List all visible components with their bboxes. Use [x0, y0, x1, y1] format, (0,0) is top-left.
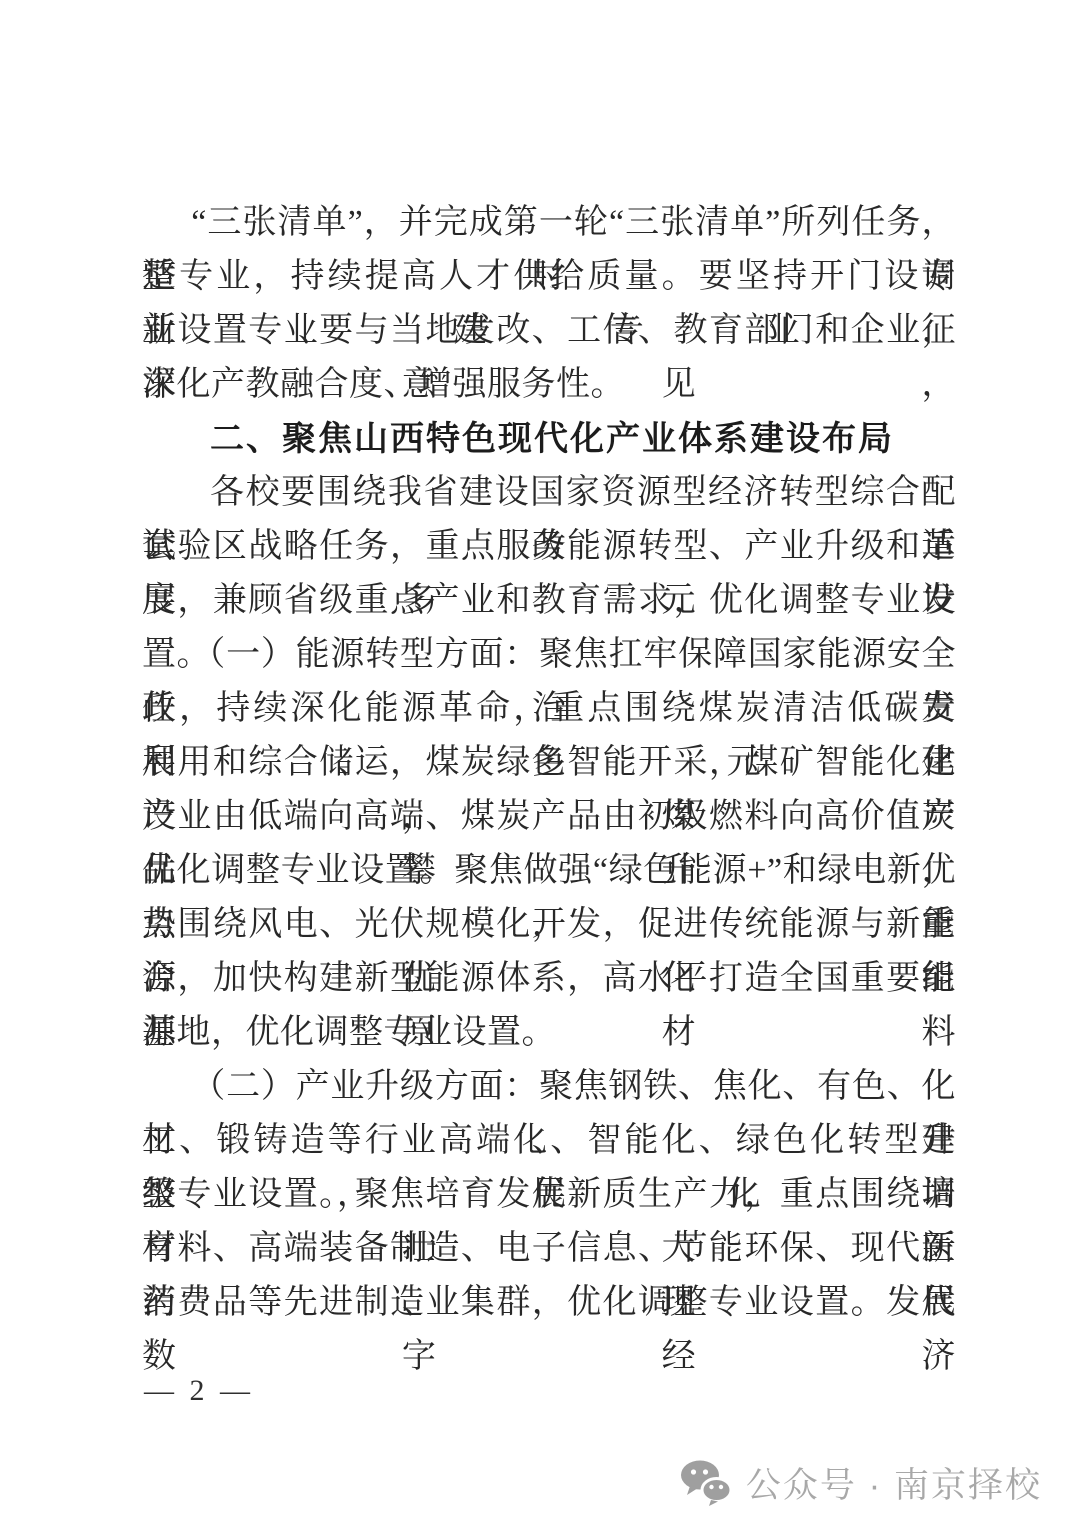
document-body: “三张清单”，并完成第一轮“三张清单”所列任务，适时调整专业，持续提高人才供给质…	[142, 196, 956, 1330]
text-line: 消费品等先进制造业集群，优化调整专业设置。发展数字经济	[142, 1276, 956, 1330]
text-line: 试验区战略任务，重点服务能源转型、产业升级和适度多元发	[142, 520, 956, 574]
text-line: 材料、高端装备制造、电子信息、节能环保、现代医药、现代	[142, 1222, 956, 1276]
text-line: （二）产业升级方面：聚焦钢铁、焦化、有色、化工、建	[142, 1060, 956, 1114]
text-line: （一）能源转型方面：聚焦扛牢保障国家能源安全政治责	[142, 628, 956, 682]
text-line: 优化调整专业设置。聚焦做强“绿色能源+”和绿电新优势，重	[142, 844, 956, 898]
text-line: 各校要围绕我省建设国家资源型经济转型综合配套改革	[142, 466, 956, 520]
text-line: 展，兼顾省级重点产业和教育需求，优化调整专业设置。	[142, 574, 956, 628]
wechat-logo-icon	[680, 1460, 732, 1506]
text-line: 新设置专业要与当地发改、工信、教育部门和企业征求意见，	[142, 304, 956, 358]
section-heading: 二、聚焦山西特色现代化产业体系建设布局	[142, 412, 956, 466]
text-line: “三张清单”，并完成第一轮“三张清单”所列任务，适时调	[142, 196, 956, 250]
watermark: 公众号 · 南京择校	[680, 1458, 1042, 1508]
text-line: 整专业设置。聚焦培育发展新质生产力，重点围绕培育壮大新	[142, 1168, 956, 1222]
text-line: 整专业，持续提高人才供给质量。要坚持开门设专业、建专业，	[142, 250, 956, 304]
document-page: { "page": { "background_color": "#ffffff…	[0, 0, 1080, 1527]
text-line: 材、锻铸造等行业高端化、智能化、绿色化转型升级，优化调	[142, 1114, 956, 1168]
text-line: 合，加快构建新型能源体系，高水平打造全国重要能源原材料	[142, 952, 956, 1006]
text-line: 点围绕风电、光伏规模化开发，促进传统能源与新能源优化组	[142, 898, 956, 952]
text-line: 产业由低端向高端、煤炭产品由初级燃料向高价值产品攀升，	[142, 790, 956, 844]
watermark-text: 公众号 · 南京择校	[746, 1458, 1042, 1508]
text-line: 利用和综合储运，煤炭绿色智能开采，煤矿智能化建设，煤炭	[142, 736, 956, 790]
page-number: — 2 —	[144, 1374, 254, 1408]
text-line: 任，持续深化能源革命，重点围绕煤炭清洁低碳发展、多元化	[142, 682, 956, 736]
